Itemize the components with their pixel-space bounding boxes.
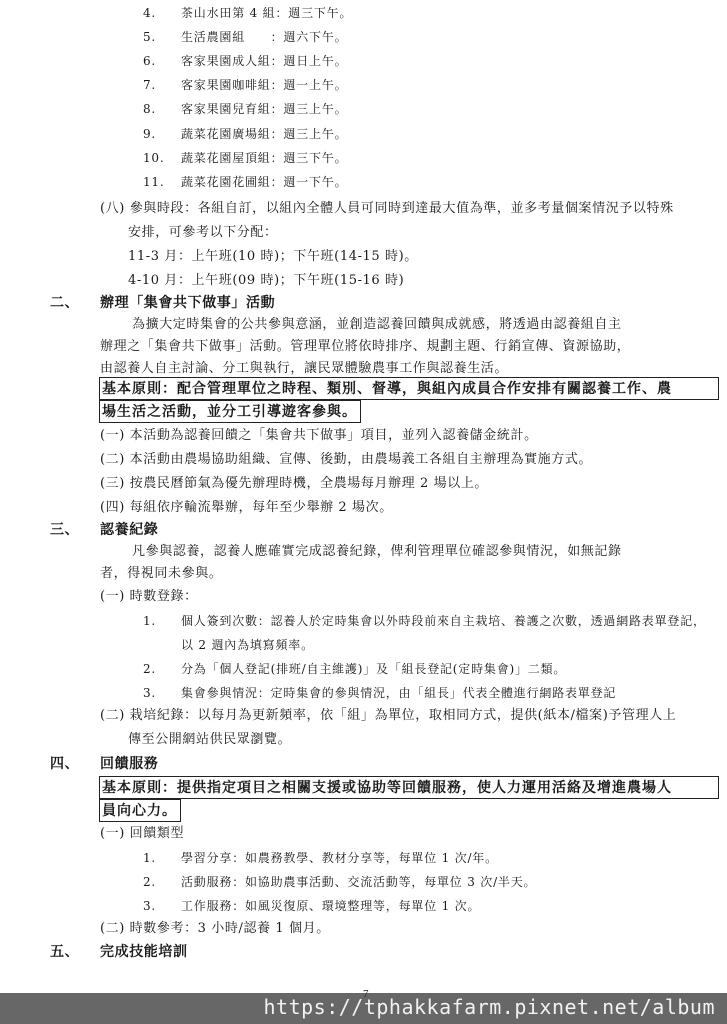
subsection-label: (一) 回饋類型: [100, 825, 184, 843]
item-number: 10.: [143, 149, 181, 167]
list-item: 7.客家果園咖啡組：週一上午。: [143, 76, 347, 94]
item-text: 學習分享：如農務教學、教材分享等，每單位 1 次/年。: [181, 851, 498, 865]
item-number: 2.: [143, 660, 181, 678]
list-item: 2.分為「個人登記(排班/自主維護)」及「組長登記(定時集會)」二類。: [143, 660, 566, 678]
item-number: 2.: [143, 873, 181, 891]
item-text: 蔬菜花園花圃組：週一下午。: [181, 175, 347, 189]
item-text: 參與時段：各組自訂，以組內全體人員可同時到達最大值為準，並多考量個案情況予以特殊: [130, 201, 674, 216]
principle-box-line-2: 場生活之活動，並分工引導遊客參與。: [99, 400, 361, 423]
section-number: 二、: [50, 294, 79, 312]
item-text: 蔬菜花園屋頂組：週三下午。: [181, 151, 347, 165]
principle-box-line-2: 員向心力。: [99, 799, 181, 822]
item-text: 集會參與情況：定時集會的參與情況，由「組長」代表全體進行網路表單登記: [181, 686, 616, 700]
list-item: (二) 本活動由農場協助組織、宣傳、後勤，由農場義工各組自主辦理為實施方式。: [100, 451, 592, 469]
item-text: 活動服務：如協助農事活動、交流活動等，每單位 3 次/半天。: [181, 875, 536, 889]
paragraph-line: 為擴大定時集會的公共參與意涵，並創造認養回饋與成就感，將透過由認養組自主: [132, 316, 622, 334]
page-number: 7: [363, 988, 369, 1000]
section-title: 完成技能培訓: [100, 943, 188, 961]
subsection-label: (一) 時數登錄：: [100, 588, 198, 606]
item-text: 客家果園成人組：週日上午。: [181, 54, 347, 68]
item-number: 1.: [143, 612, 181, 630]
item-text: 蔬菜花園廣場組：週三上午。: [181, 127, 347, 141]
list-item: 8.客家果園兒育組：週三上午。: [143, 100, 347, 118]
item-number: 11.: [143, 173, 181, 191]
watermark-url: https://tphakkafarm.pixnet.net/album: [264, 995, 715, 1019]
paragraph-line: 由認養人自主討論、分工與執行，讓民眾體驗農事工作與認養生活。: [100, 360, 508, 378]
section-number: 四、: [50, 755, 79, 773]
list-item: 6.客家果園成人組：週日上午。: [143, 52, 347, 70]
principle-box-line-1: 基本原則：配合管理單位之時程、類別、督導，與組內成員合作安排有關認養工作、農: [99, 377, 719, 400]
subsection-line: (二) 時數參考：3 小時/認養 1 個月。: [100, 920, 330, 938]
list-item: 3.工作服務：如風災復原、環境整理等，每單位 1 次。: [143, 897, 480, 915]
subsection-line: 傳至公開網站供民眾瀏覽。: [128, 731, 291, 749]
item-text: 個人簽到次數：認養人於定時集會以外時段前來自主栽培、養護之次數，透過網路表單登記…: [181, 614, 706, 628]
list-item: 11.蔬菜花園花圃組：週一下午。: [143, 173, 347, 191]
item-number: 5.: [143, 28, 181, 46]
paragraph-line: 凡參與認養，認養人應確實完成認養紀錄，俾利管理單位確認參與情況，如無記錄: [132, 543, 622, 561]
section-title: 回饋服務: [100, 755, 158, 773]
list-item: (四) 每組依序輪流舉辦，每年至少舉辦 2 場次。: [100, 499, 393, 517]
list-item: 5.生活農園組 ：週六下午。: [143, 28, 347, 46]
item-number: 7.: [143, 76, 181, 94]
list-item: 10.蔬菜花園屋頂組：週三下午。: [143, 149, 347, 167]
list-item: (三) 按農民曆節氣為優先辦理時機，全農場每月辦理 2 場以上。: [100, 475, 488, 493]
item-number: 3.: [143, 897, 181, 915]
item-text: 分為「個人登記(排班/自主維護)」及「組長登記(定時集會)」二類。: [181, 662, 566, 676]
list-item: 3.集會參與情況：定時集會的參與情況，由「組長」代表全體進行網路表單登記: [143, 684, 616, 702]
item-number: 1.: [143, 849, 181, 867]
item-number: 4.: [143, 4, 181, 22]
item-text: 茶山水田第 4 組：週三下午。: [181, 6, 352, 20]
subsection-line: (二) 栽培紀錄：以每月為更新頻率，依「組」為單位，取相同方式，提供(紙本/檔案…: [100, 707, 676, 725]
list-item-continuation: 以 2 週內為填寫頻率。: [181, 636, 314, 654]
item-number: 6.: [143, 52, 181, 70]
list-item: (一) 本活動為認養回饋之「集會共下做事」項目，並列入認養儲金統計。: [100, 427, 538, 445]
list-item: 9.蔬菜花園廣場組：週三上午。: [143, 125, 347, 143]
list-item: 2.活動服務：如協助農事活動、交流活動等，每單位 3 次/半天。: [143, 873, 536, 891]
item-text: 客家果園兒育組：週三上午。: [181, 102, 347, 116]
item-text: 客家果園咖啡組：週一上午。: [181, 78, 347, 92]
principle-box-line-1: 基本原則：提供指定項目之相關支援或協助等回饋服務，使人力運用活絡及增進農場人: [99, 776, 719, 799]
section-number: 五、: [50, 943, 79, 961]
section-title: 辦理「集會共下做事」活動: [100, 294, 275, 312]
section-title: 認養紀錄: [100, 521, 158, 539]
participation-line-1: (八) 參與時段：各組自訂，以組內全體人員可同時到達最大值為準，並多考量個案情況…: [100, 200, 674, 218]
list-item: 1.個人簽到次數：認養人於定時集會以外時段前來自主栽培、養護之次數，透過網路表單…: [143, 612, 706, 630]
item-text: 工作服務：如風災復原、環境整理等，每單位 1 次。: [181, 899, 480, 913]
item-label: (八): [100, 201, 125, 216]
summer-schedule: 4-10 月：上午班(09 時)；下午班(15-16 時): [128, 272, 404, 290]
item-number: 8.: [143, 100, 181, 118]
item-text: 生活農園組 ：週六下午。: [181, 30, 347, 44]
participation-line-2: 安排，可參考以下分配：: [128, 224, 278, 242]
item-number: 9.: [143, 125, 181, 143]
section-number: 三、: [50, 521, 79, 539]
list-item: 4.茶山水田第 4 組：週三下午。: [143, 4, 352, 22]
paragraph-line: 辦理之「集會共下做事」活動。管理單位將依時排序、規劃主題、行銷宣傳、資源協助，: [100, 338, 630, 356]
list-item: 1.學習分享：如農務教學、教材分享等，每單位 1 次/年。: [143, 849, 498, 867]
paragraph-line: 者，得視同未參與。: [100, 565, 222, 583]
winter-schedule: 11-3 月：上午班(10 時)；下午班(14-15 時)。: [128, 248, 418, 266]
item-number: 3.: [143, 684, 181, 702]
